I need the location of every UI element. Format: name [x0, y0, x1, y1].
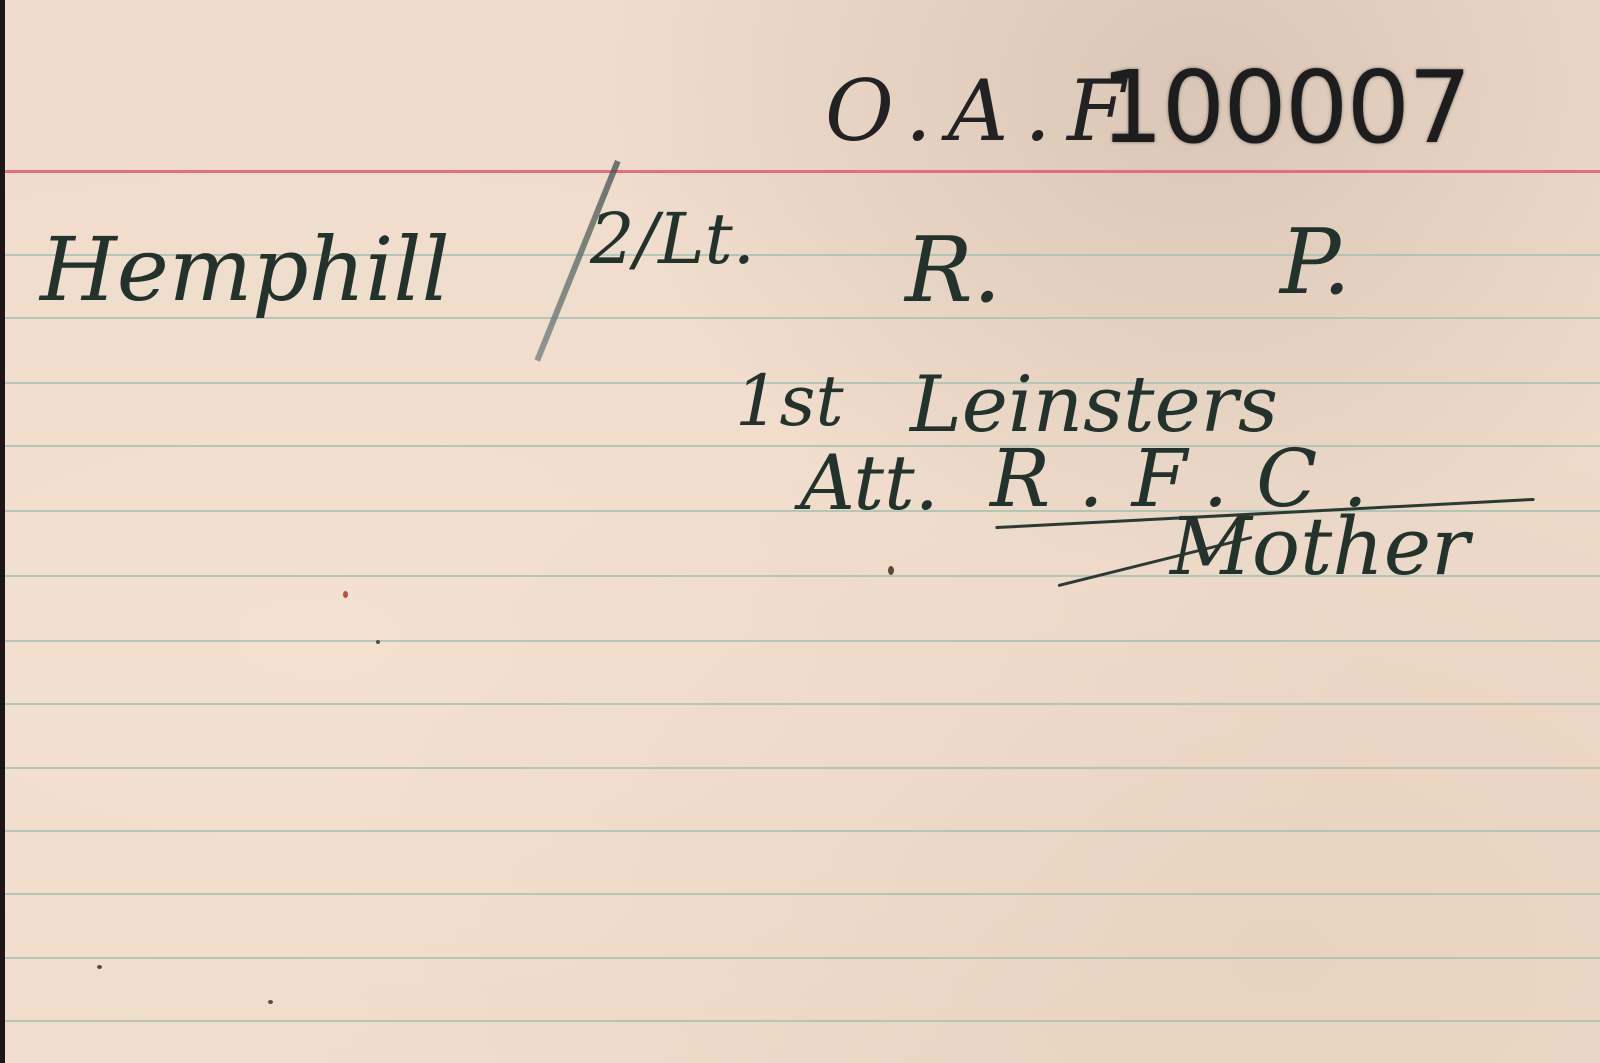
ruled-line [5, 1020, 1600, 1022]
paper-speck [376, 640, 380, 644]
paper-speck [343, 591, 348, 598]
next-of-kin: Mother [1170, 500, 1469, 593]
reference-prefix: O.A.F [825, 62, 1141, 160]
ruled-line [5, 640, 1600, 642]
header-red-rule [5, 170, 1600, 173]
rank: 2/Lt. [590, 198, 755, 280]
paper-speck [888, 566, 894, 575]
paper-speck [97, 965, 102, 969]
unit-number: 1st [735, 360, 844, 442]
ruled-line [5, 957, 1600, 959]
ruled-line [5, 830, 1600, 832]
card-edge [0, 0, 5, 1063]
paper-speck [268, 1000, 273, 1004]
initial-first: R. [905, 218, 1001, 323]
attached-label: Att. [800, 438, 939, 527]
reference-number-stamp: 100007 [1100, 58, 1470, 158]
ruled-line [5, 893, 1600, 895]
surname: Hemphill [40, 218, 450, 321]
initial-second: P. [1280, 210, 1351, 315]
ruled-line [5, 767, 1600, 769]
ruled-line [5, 703, 1600, 705]
index-card: O.A.F 100007 Hemphill 2/Lt. R. P. 1st Le… [0, 0, 1600, 1063]
